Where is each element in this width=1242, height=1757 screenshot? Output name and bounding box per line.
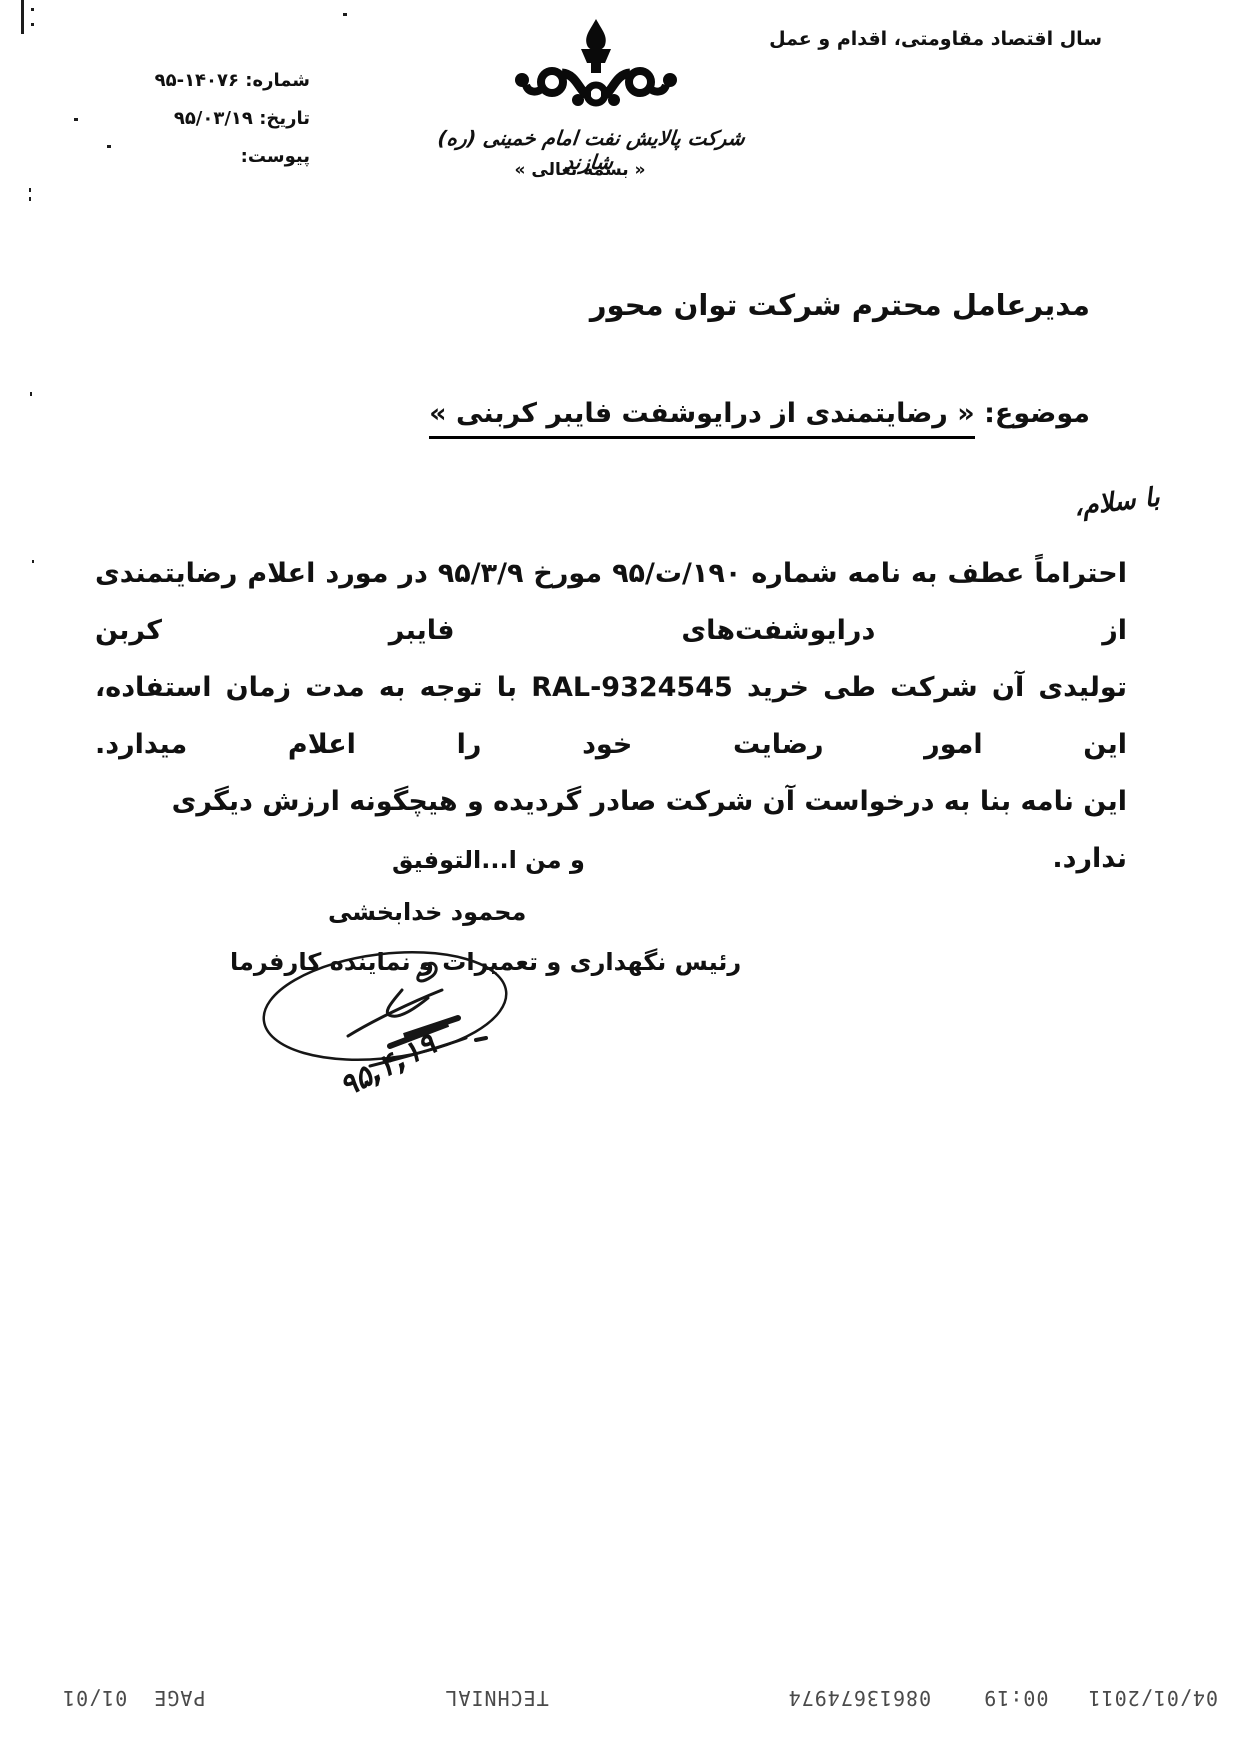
scan-artifact	[29, 197, 31, 201]
body-line-2: تولیدی آن شرکت طی خرید RAL-9324545 با تو…	[95, 659, 1127, 773]
ref-date-label: تاریخ:	[259, 108, 310, 129]
body-line-3: این نامه بنا به درخواست آن شرکت صادر گرد…	[95, 773, 1127, 887]
subject-line: موضوع: « رضایتمندی از درایوشفت فایبر کرب…	[429, 398, 1090, 429]
scan-artifact	[343, 13, 347, 16]
ref-number-line: شماره: ۹۵-۱۴۰۷۶	[105, 70, 310, 91]
scan-artifact	[29, 188, 31, 192]
scanned-letter-page: سال اقتصاد مقاومتی، اقدام و عمل شماره: ۹…	[0, 0, 1242, 1757]
fax-page: PAGE 01/01	[62, 1686, 205, 1710]
signature-scribble-icon	[252, 928, 542, 1138]
subject-label: موضوع:	[984, 398, 1090, 429]
scan-artifact	[74, 118, 78, 121]
scan-artifact	[31, 23, 34, 26]
salutation-handwriting: با سلام،	[999, 482, 1161, 531]
fax-datetime-number: 04/01/2011 00:19 08613674974	[788, 1686, 1218, 1710]
scan-artifact	[30, 392, 32, 396]
ref-date-value: ۹۵/۰۳/۱۹	[174, 108, 253, 129]
ref-date-line: تاریخ: ۹۵/۰۳/۱۹	[105, 108, 310, 129]
signature-closing: و من ا...التوفیق	[392, 846, 585, 874]
fax-sender: TECHNIAL	[444, 1686, 548, 1710]
fax-footer: 04/01/2011 00:19 08613674974 TECHNIAL PA…	[62, 1682, 1218, 1714]
signature-name: محمود خدابخشی	[328, 898, 526, 926]
ref-number-value: ۹۵-۱۴۰۷۶	[155, 70, 239, 91]
scan-artifact	[31, 8, 34, 11]
scan-artifact	[21, 0, 24, 34]
recipient-heading: مدیرعامل محترم شرکت توان محور	[590, 288, 1090, 322]
ref-attachment-label: پیوست:	[241, 146, 310, 167]
ref-attachment-line: پیوست:	[105, 146, 310, 167]
letter-body: احتراماً عطف به نامه شماره ۱۹۰/ت/۹۵ مورخ…	[95, 545, 1127, 887]
scan-artifact	[32, 560, 34, 563]
reference-block: شماره: ۹۵-۱۴۰۷۶ تاریخ: ۹۵/۰۳/۱۹ پیوست:	[105, 70, 310, 184]
nioc-torch-logo-icon	[496, 18, 696, 130]
body-line-1: احتراماً عطف به نامه شماره ۱۹۰/ت/۹۵ مورخ…	[95, 545, 1127, 659]
subject-text: « رضایتمندی از درایوشفت فایبر کربنی »	[429, 398, 975, 439]
bismillah-text: « بسمه تعالی »	[460, 160, 700, 180]
slogan-banner: سال اقتصاد مقاومتی، اقدام و عمل	[769, 28, 1102, 50]
ref-number-label: شماره:	[245, 70, 310, 91]
